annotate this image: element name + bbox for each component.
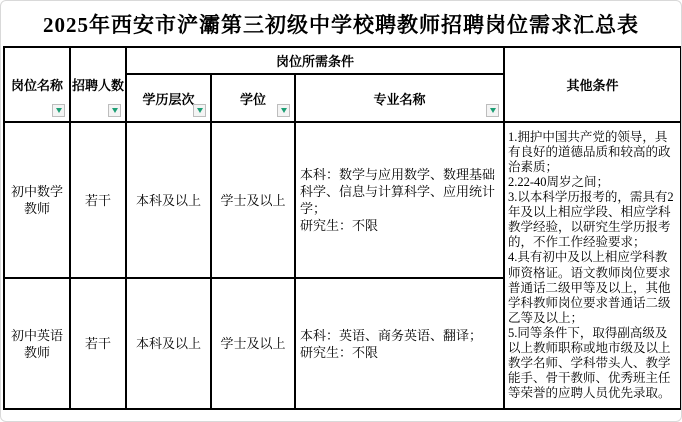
column-header-education-level: 学历层次 <box>126 74 211 122</box>
filter-arrow-glyph <box>56 108 62 113</box>
recruitment-table: 岗位名称 招聘人数 岗位所需条件 其他条件 学历层次 学位 <box>3 46 682 410</box>
column-header-label: 学位 <box>240 92 266 107</box>
cell-other-conditions: 1.拥护中国共产党的领导，具有良好的道德品质和较高的政治素质； 2.22-40周… <box>504 122 681 409</box>
header-row-1: 岗位名称 招聘人数 岗位所需条件 其他条件 <box>4 47 681 74</box>
column-header-label: 招聘人数 <box>72 78 124 93</box>
column-header-degree: 学位 <box>211 74 295 122</box>
cell-position-name: 初中英语教师 <box>4 278 70 409</box>
cell-recruit-count: 若干 <box>70 278 126 409</box>
cell-education-level: 本科及以上 <box>126 278 211 409</box>
page-title: 2025年西安市浐灞第三初级中学校聘教师招聘岗位需求汇总表 <box>1 1 681 46</box>
cell-degree: 学士及以上 <box>211 122 295 278</box>
column-header-required-conditions: 岗位所需条件 <box>126 47 504 74</box>
cell-education-level: 本科及以上 <box>126 122 211 278</box>
filter-dropdown-icon[interactable] <box>108 104 121 117</box>
table-row-math-teacher: 初中数学教师 若干 本科及以上 学士及以上 本科：数学与应用数学、数理基础科学、… <box>4 122 681 278</box>
major-graduate-line: 研究生：不限 <box>300 344 499 361</box>
column-header-other-conditions: 其他条件 <box>504 47 681 122</box>
column-header-label: 其他条件 <box>566 78 618 93</box>
filter-arrow-glyph <box>490 108 496 113</box>
cell-major-name: 本科：数学与应用数学、数理基础科学、信息与计算科学、应用统计学； 研究生：不限 <box>295 122 504 278</box>
column-header-label: 岗位名称 <box>11 78 63 93</box>
filter-dropdown-icon[interactable] <box>52 104 65 117</box>
column-header-position-name: 岗位名称 <box>4 47 70 122</box>
filter-dropdown-icon[interactable] <box>277 104 290 117</box>
column-header-major-name: 专业名称 <box>295 74 504 122</box>
filter-dropdown-icon[interactable] <box>193 104 206 117</box>
major-undergrad-line: 本科：数学与应用数学、数理基础科学、信息与计算科学、应用统计学； <box>300 166 499 217</box>
filter-arrow-glyph <box>281 108 287 113</box>
cell-degree: 学士及以上 <box>211 278 295 409</box>
recruitment-summary-page: 2025年西安市浐灞第三初级中学校聘教师招聘岗位需求汇总表 岗位名称 招聘人数 … <box>0 0 682 422</box>
filter-arrow-glyph <box>197 108 203 113</box>
major-undergrad-line: 本科：英语、商务英语、翻译； <box>300 327 499 344</box>
filter-dropdown-icon[interactable] <box>486 104 499 117</box>
cell-position-name: 初中数学教师 <box>4 122 70 278</box>
column-header-label: 专业名称 <box>373 92 425 107</box>
column-header-recruit-count: 招聘人数 <box>70 47 126 122</box>
column-header-label: 学历层次 <box>142 92 194 107</box>
major-graduate-line: 研究生：不限 <box>300 217 499 234</box>
cell-major-name: 本科：英语、商务英语、翻译； 研究生：不限 <box>295 278 504 409</box>
column-header-label: 岗位所需条件 <box>276 54 354 69</box>
cell-recruit-count: 若干 <box>70 122 126 278</box>
filter-arrow-glyph <box>112 108 118 113</box>
